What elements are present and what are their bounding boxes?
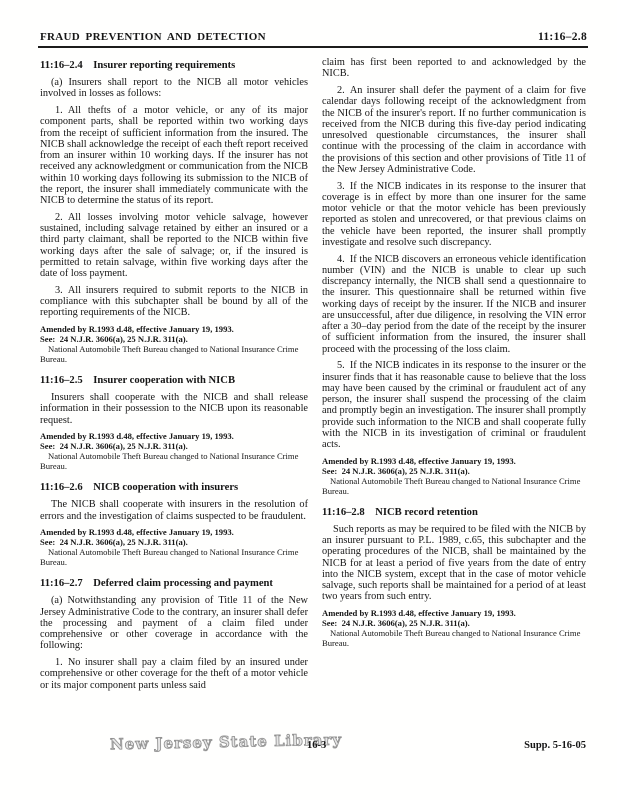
note-line: Amended by R.1993 d.48, effective Januar… <box>40 431 308 441</box>
paragraph: (a) Insurers shall report to the NICB al… <box>40 77 308 100</box>
note-line: See: 24 N.J.R. 3606(a), 25 N.J.R. 311(a)… <box>322 618 586 628</box>
section-heading: 11:16–2.7 Deferred claim processing and … <box>40 578 308 590</box>
paragraph: 3. If the NICB indicates in its response… <box>322 181 586 249</box>
paragraph: (a) Notwithstanding any provision of Tit… <box>40 595 308 651</box>
note-line: Amended by R.1993 d.48, effective Januar… <box>40 324 308 334</box>
paragraph: 4. If the NICB discovers an erroneous ve… <box>322 254 586 355</box>
amendment-note: Amended by R.1993 d.48, effective Januar… <box>322 608 586 648</box>
header-rule <box>38 46 588 48</box>
amendment-note: Amended by R.1993 d.48, effective Januar… <box>40 527 308 567</box>
section-heading: 11:16–2.8 NICB record retention <box>322 507 586 519</box>
paragraph: 5. If the NICB indicates in its response… <box>322 360 586 450</box>
page-number: 16-3 <box>307 740 326 751</box>
paragraph: claim has first been reported to and ack… <box>322 57 586 80</box>
paragraph: 3. All insurers required to submit repor… <box>40 285 308 319</box>
paragraph: Such reports as may be required to be fi… <box>322 524 586 603</box>
note-line: National Automobile Theft Bureau changed… <box>40 451 308 471</box>
page: FRAUD PREVENTION AND DETECTION 11:16–2.8… <box>0 0 617 800</box>
document-page: { "page": { "header": { "title": "FRAUD … <box>0 0 617 800</box>
note-line: See: 24 N.J.R. 3606(a), 25 N.J.R. 311(a)… <box>40 537 308 547</box>
paragraph: 2. An insurer shall defer the payment of… <box>322 85 586 175</box>
note-line: See: 24 N.J.R. 3606(a), 25 N.J.R. 311(a)… <box>322 466 586 476</box>
running-header: FRAUD PREVENTION AND DETECTION 11:16–2.8 <box>40 31 587 43</box>
note-line: National Automobile Theft Bureau changed… <box>40 344 308 364</box>
amendment-note: Amended by R.1993 d.48, effective Januar… <box>40 431 308 471</box>
section-heading: 11:16–2.5 Insurer cooperation with NICB <box>40 375 308 387</box>
paragraph: Insurers shall cooperate with the NICB a… <box>40 392 308 426</box>
paragraph: 1. All thefts of a motor vehicle, or any… <box>40 105 308 206</box>
paragraph: 1. No insurer shall pay a claim filed by… <box>40 657 308 691</box>
paragraph: The NICB shall cooperate with insurers i… <box>40 499 308 522</box>
section-heading: 11:16–2.4 Insurer reporting requirements <box>40 60 308 72</box>
note-line: Amended by R.1993 d.48, effective Januar… <box>322 608 586 618</box>
running-header-title: FRAUD PREVENTION AND DETECTION <box>40 31 266 43</box>
running-header-section-ref: 11:16–2.8 <box>538 31 587 43</box>
supplement-label: Supp. 5-16-05 <box>524 740 586 751</box>
note-line: National Automobile Theft Bureau changed… <box>322 628 586 648</box>
note-line: National Automobile Theft Bureau changed… <box>322 476 586 496</box>
note-line: Amended by R.1993 d.48, effective Januar… <box>40 527 308 537</box>
note-line: See: 24 N.J.R. 3606(a), 25 N.J.R. 311(a)… <box>40 334 308 344</box>
paragraph: 2. All losses involving motor vehicle sa… <box>40 212 308 280</box>
amendment-note: Amended by R.1993 d.48, effective Januar… <box>40 324 308 364</box>
column-left: 11:16–2.4 Insurer reporting requirements… <box>40 57 308 696</box>
note-line: See: 24 N.J.R. 3606(a), 25 N.J.R. 311(a)… <box>40 441 308 451</box>
amendment-note: Amended by R.1993 d.48, effective Januar… <box>322 456 586 496</box>
note-line: Amended by R.1993 d.48, effective Januar… <box>322 456 586 466</box>
note-line: National Automobile Theft Bureau changed… <box>40 547 308 567</box>
column-right: claim has first been reported to and ack… <box>322 57 586 649</box>
section-heading: 11:16–2.6 NICB cooperation with insurers <box>40 482 308 494</box>
